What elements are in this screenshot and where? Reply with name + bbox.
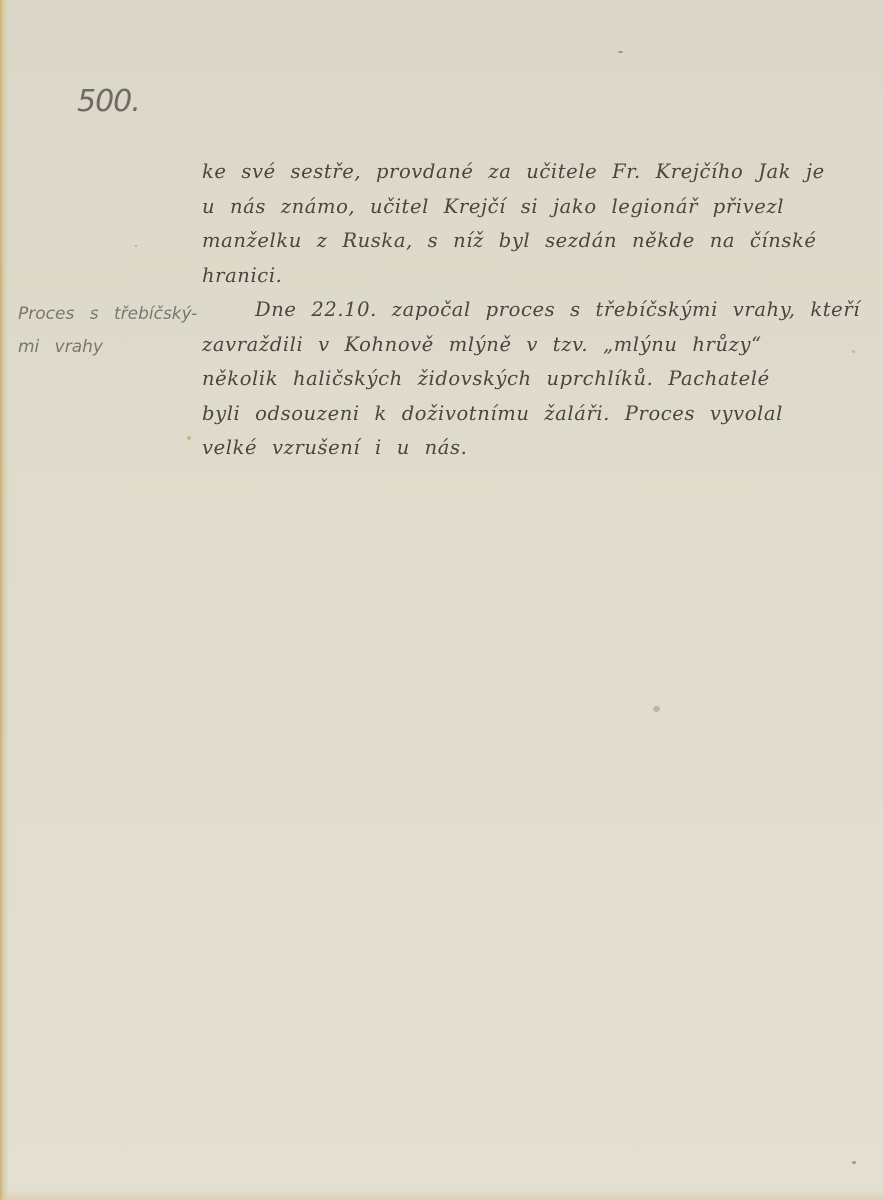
text-line: byli odsouzeni k doživotnímu žaláři. Pro… bbox=[202, 397, 872, 432]
margin-note-line: mi vrahy bbox=[18, 331, 208, 364]
handwritten-body-text: ke své sestře, provdané za učitele Fr. K… bbox=[202, 155, 872, 466]
paper-speck bbox=[653, 706, 660, 712]
margin-note-line: Proces s třebíčský- bbox=[18, 298, 208, 331]
paper-speck bbox=[187, 436, 191, 440]
document-page: 500. Proces s třebíčský- mi vrahy ke své… bbox=[0, 0, 883, 1200]
text-line: zavraždili v Kohnově mlýně v tzv. „mlýnu… bbox=[202, 328, 872, 363]
text-line: u nás známo, učitel Krejčí si jako legio… bbox=[202, 190, 872, 225]
paper-speck bbox=[618, 51, 623, 53]
paragraph-start-line: Dne 22.10. započal proces s třebíčskými … bbox=[202, 293, 872, 328]
paper-speck bbox=[135, 245, 137, 247]
text-line: ke své sestře, provdané za učitele Fr. K… bbox=[202, 155, 872, 190]
margin-note: Proces s třebíčský- mi vrahy bbox=[18, 298, 208, 364]
page-number: 500. bbox=[77, 84, 140, 119]
text-line: několik haličských židovských uprchlíků.… bbox=[202, 362, 872, 397]
text-line: manželku z Ruska, s níž byl sezdán někde… bbox=[202, 224, 872, 259]
text-line: velké vzrušení i u nás. bbox=[202, 431, 872, 466]
paper-speck bbox=[852, 350, 855, 353]
text-line: hranici. bbox=[202, 259, 872, 294]
paper-speck bbox=[852, 1161, 856, 1164]
